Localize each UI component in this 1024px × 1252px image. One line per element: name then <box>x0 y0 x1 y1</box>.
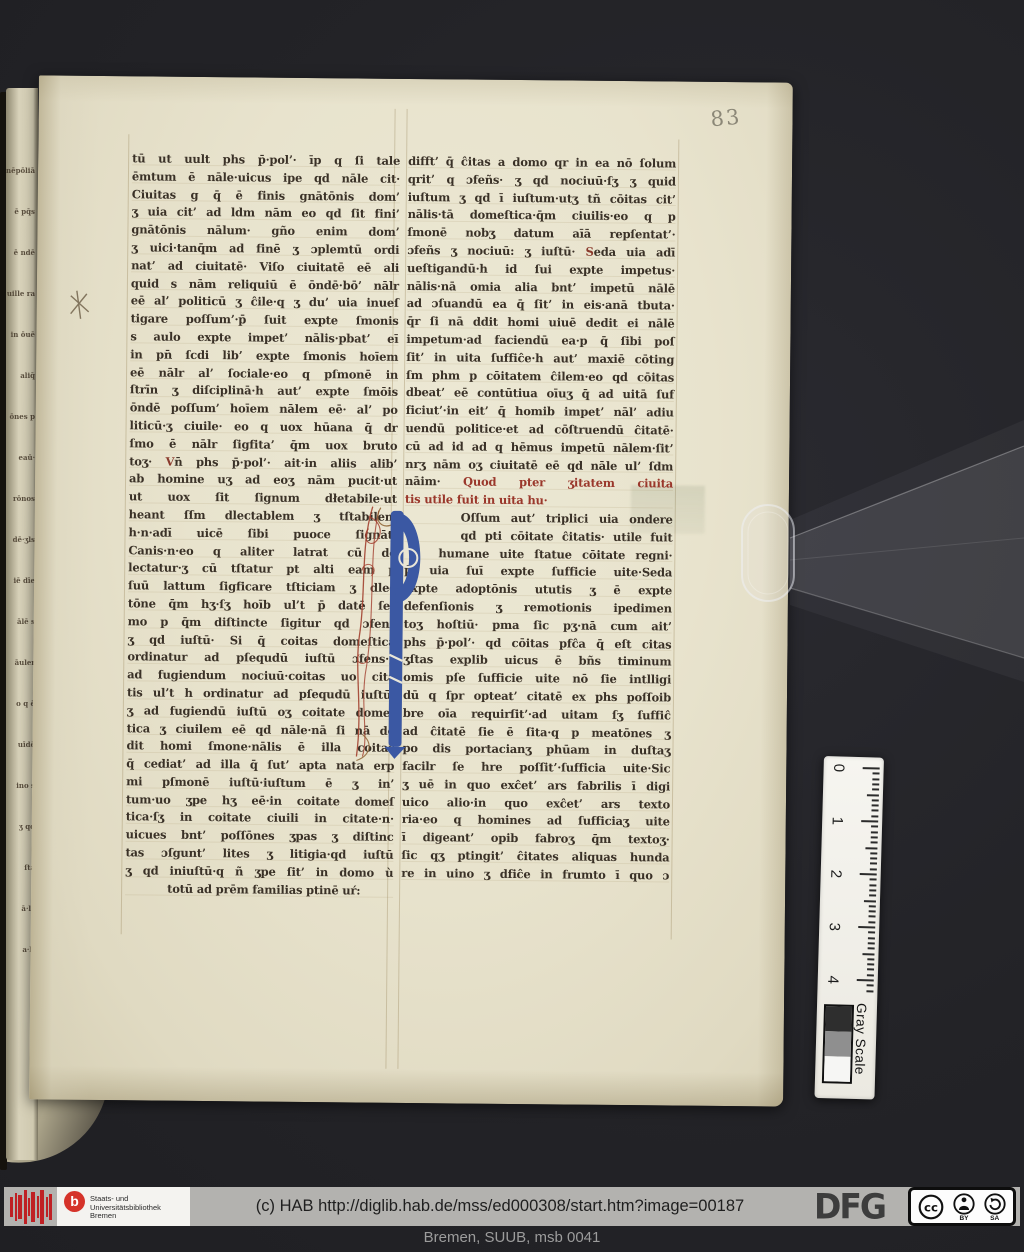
ruler-number: 4 <box>824 972 841 988</box>
ruler-tick <box>862 953 874 955</box>
text-column-right: difft’ q̄ ĉitas a domo qr in ea nō ſolum… <box>401 153 676 885</box>
edge-text-fragment: ē pq̄s <box>6 207 38 216</box>
ruler-tick <box>871 810 878 812</box>
manuscript-line: ſit’ in uita ſuffiĉe·h aut’ maxiē cōting <box>406 349 674 369</box>
manuscript-line: difft’ q̄ ĉitas a domo qr in ea nō ſolum <box>408 153 676 173</box>
cc-sa-icon: SA <box>983 1192 1007 1222</box>
ruler-tick <box>872 789 879 791</box>
ruler-tick <box>869 895 876 897</box>
edge-text-fragment: nēpōliā <box>6 166 38 175</box>
manuscript-line: re in uino ʒ dfiĉe in frumto ī quo ɔ <box>401 865 669 885</box>
manuscript-line: toʒ hoſtiū· pma ſic pʒ·nā cum ait’ <box>404 616 672 636</box>
ruler-tick <box>867 794 879 796</box>
cc-by-label: BY <box>959 1215 968 1222</box>
ruler-tick <box>872 778 879 780</box>
ruler-tick <box>867 974 874 976</box>
manuscript-line: in pn̄ ſcdi lib’ expte ſmonis hoīem <box>130 346 398 366</box>
edge-text-fragment: in ōuē <box>6 330 38 339</box>
ruler-tick <box>871 826 878 828</box>
ruler-number: 2 <box>827 866 844 882</box>
ruler-tick <box>871 831 878 833</box>
photo-background: nēpōliāē pq̄sē ndēuille rain ōuēaliq̄ōne… <box>0 0 1024 1252</box>
ruler-tick <box>872 783 879 785</box>
manuscript-line: tis utile fuit in uita hu· <box>405 491 673 511</box>
cc-sa-label: SA <box>990 1215 999 1222</box>
ruler-number: 1 <box>828 813 845 829</box>
ruler-tick <box>868 937 875 939</box>
manuscript-line: ʒ uē in quo exĉet’ ars fabrilis ī digi <box>402 776 670 796</box>
cc-icon: cc <box>917 1193 945 1221</box>
manuscript-line: tū ut uult phs p̄·pol’· īp q ſi tale <box>132 150 400 170</box>
ruler-tick <box>871 815 878 817</box>
ruler-tick <box>867 963 874 965</box>
edge-text-fragment: uille ra <box>6 289 38 298</box>
ruler-number: 3 <box>826 919 843 935</box>
ruler-tick <box>868 947 875 949</box>
ruler-tick <box>860 873 877 875</box>
ruler-tick <box>864 900 876 902</box>
cc-license-badge: cc BY SA <box>908 1187 1016 1226</box>
ruler-tick <box>869 905 876 907</box>
ruler-tick <box>867 969 874 971</box>
edge-text-fragment: ē ndē <box>6 248 38 257</box>
ruler-tick <box>872 804 879 806</box>
dfg-logo: DFG <box>814 1188 885 1226</box>
folio-number: 83 <box>709 105 742 132</box>
image-caption-url: (c) HAB http://diglib.hab.de/mss/ed00030… <box>150 1187 850 1226</box>
ruler-tick <box>858 926 875 928</box>
illuminated-initial-P <box>348 504 426 763</box>
ruler-tick <box>869 884 876 886</box>
manuscript-line: mi pſmonē iuſtū·iuſtum ē ʒ in’ <box>126 773 394 793</box>
ruler-tick <box>866 990 873 992</box>
shelfmark-caption: Bremen, SUUB, msb 0041 <box>0 1229 1024 1246</box>
bremen-barcode-logo <box>10 1190 52 1224</box>
ruler-tick <box>870 868 877 870</box>
ruler-tick <box>870 852 877 854</box>
manuscript-line: ʒ qd iniuſtū·q ñ ʒpe ſit’ in domo ù <box>125 862 393 882</box>
manuscript-line: ɔfeñs ʒ nociuū: ʒ iuſtū· Seda uia adī <box>407 242 675 262</box>
manuscript-line: ſmo ē nālr ſigfita’ q̄m uox bruto <box>129 435 397 455</box>
ruler-tick <box>867 958 874 960</box>
grayscale-ruler: 01234 Gray Scale <box>814 756 884 1100</box>
suub-b-logo: b <box>64 1191 85 1212</box>
grayscale-patches <box>822 1004 854 1084</box>
manuscript-line: bre oīa requirſit’·ad uitam ſʒ ſuffiĉ <box>403 705 671 725</box>
patch-white <box>824 1056 851 1082</box>
ruler-tick <box>872 773 879 775</box>
ruler-tick <box>863 767 880 769</box>
manuscript-line: impetum·ad faciendū ea·p q̄ ſibi poſ <box>406 331 674 351</box>
ruler-tick <box>857 979 874 981</box>
ruler-tick <box>869 889 876 891</box>
ruler-tick <box>870 863 877 865</box>
patch-mid <box>825 1031 852 1057</box>
svg-text:cc: cc <box>924 1200 938 1214</box>
ruler-tick <box>869 910 876 912</box>
edge-text-fragment: ōnes p <box>6 412 38 421</box>
manuscript-line: nat’ ad ciuitatē· Viſo ciuitatē eē ali <box>131 257 399 277</box>
manuscript-line: defenſionis ʒ remotionis ipedimen <box>404 598 672 618</box>
patch-dark <box>825 1006 852 1032</box>
ruler-number: 0 <box>830 760 847 776</box>
manuscript-line: qrit’ q ɔfeñs· ʒ qd nociuū·ſʒ ʒ quid <box>408 171 676 191</box>
ruler-tick <box>868 921 875 923</box>
manuscript-line: liticū·ʒ ciuile· eo q uox hūana q̄ dr <box>129 417 397 437</box>
page-holder-strap <box>690 420 1024 700</box>
edge-text-fragment: rōnos <box>6 494 38 503</box>
ruler-tick <box>867 985 874 987</box>
manuscript-line: ʒ uici·tanq̄m ad finē ʒ ɔplemtū ordi <box>131 239 399 259</box>
margin-annotation-mark <box>67 290 93 320</box>
manuscript-line: dū q ſpr opteat’ citatē ex phs poſſoib <box>403 687 671 707</box>
edge-text-fragment: aliq̄ <box>6 371 38 380</box>
manuscript-line: ueſtigandū·h id ſui expte impetus· <box>407 260 675 280</box>
ruler-tick <box>868 932 875 934</box>
cc-by-icon: BY <box>952 1192 976 1222</box>
manuscript-page: 83 tū ut uult phs p̄·pol’· īp q ſi taleē… <box>29 75 793 1106</box>
ruler-tick <box>871 836 878 838</box>
ruler-tick <box>870 857 877 859</box>
manuscript-line: cū ad id ad q hēmus impetū nālem·ſit’ <box>405 438 673 458</box>
ruler-tick <box>871 842 878 844</box>
manuscript-line: totū ad prēm familias ptinē uŕ: <box>125 880 393 900</box>
manuscript-line: ēmtum ē nāle·uicus ipe qd nāle cit· <box>132 168 400 188</box>
ruler-tick <box>869 916 876 918</box>
manuscript-line: uendū politice·et ad cōſtruendū ĉitatē· <box>405 420 673 440</box>
ruler-tick <box>861 820 878 822</box>
gray-scale-label: Gray Scale <box>851 1003 869 1099</box>
ruler-tick <box>872 799 879 801</box>
edge-text-fragment: dē·ʒls <box>6 535 38 544</box>
ruler-tick <box>870 879 877 881</box>
manuscript-line: s aulo expte impet’ nālis·pbat’ eī <box>130 328 398 348</box>
ruler-tick <box>868 942 875 944</box>
edge-text-fragment: eaū· <box>6 453 38 462</box>
ruler-tick <box>865 847 877 849</box>
